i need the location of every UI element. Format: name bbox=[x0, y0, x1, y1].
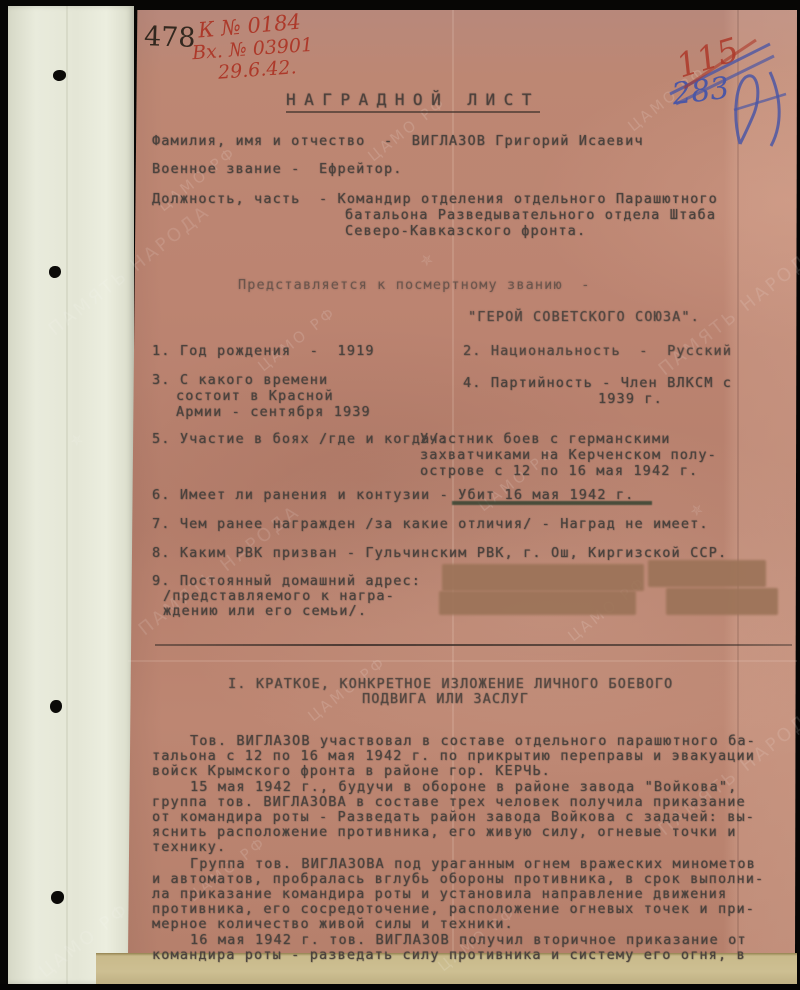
item-battles-value-line1: Участник боев с германскими bbox=[420, 431, 671, 447]
body-line: 16 мая 1942 г. тов. ВИГЛАЗОВ получил вто… bbox=[190, 932, 747, 948]
item-battles-label: 5. Участие в боях /где и когда/: bbox=[152, 431, 449, 447]
paper-crease bbox=[128, 660, 797, 662]
item-draft-office: 8. Каким РВК призван - Гульчинским РВК, … bbox=[152, 545, 727, 561]
field-position-line3: Северо-Кавказского фронта. bbox=[345, 223, 586, 239]
body-line: командира роты - разведать силу противни… bbox=[152, 947, 746, 963]
scan-border bbox=[0, 984, 800, 990]
scanned-award-document: ЦАМО РФ ПАМЯТЬ НАРОДА ЦАМО РФ ЦАМО РФ ПА… bbox=[0, 0, 800, 990]
item-battles-value-line2: захватчиками на Керченском полу- bbox=[420, 447, 717, 463]
redaction-block bbox=[666, 588, 778, 615]
item-nationality: 2. Национальность - Русский bbox=[463, 343, 732, 359]
body-line: мерное количество живой силы и техники. bbox=[152, 916, 514, 932]
binding-margin-paper bbox=[8, 6, 134, 984]
item-birth-year: 1. Год рождения - 1919 bbox=[152, 343, 375, 359]
pencil-flourish bbox=[726, 68, 796, 148]
item-party-line1: 4. Партийность - Член ВЛКСМ с bbox=[463, 375, 732, 391]
item-home-address-line3: ждению или его семьи/. bbox=[163, 603, 367, 619]
redaction-block bbox=[648, 560, 766, 587]
item-wounds-label: 6. Имеет ли ранения и контузии - bbox=[152, 487, 458, 503]
body-line: противника, его сосредоточение, располож… bbox=[152, 901, 755, 917]
presented-for-line: Представляется к посмертному званию - bbox=[238, 277, 591, 293]
field-position-line2: батальона Разведывательного отдела Штаба bbox=[345, 207, 716, 223]
item-service-since-line1: 3. С какого времени bbox=[152, 372, 328, 388]
pencil-underline bbox=[452, 501, 652, 505]
body-line: ла приказание командира роты и установил… bbox=[152, 886, 727, 902]
award-title-line: "ГЕРОЙ СОВЕТСКОГО СОЮЗА". bbox=[468, 309, 700, 325]
section-title-line1: I. КРАТКОЕ, КОНКРЕТНОЕ ИЗЛОЖЕНИЕ ЛИЧНОГО… bbox=[228, 676, 673, 692]
field-name: Фамилия, имя и отчество - ВИГЛАЗОВ Григо… bbox=[152, 133, 644, 149]
item-party-line2: 1939 г. bbox=[598, 391, 663, 407]
field-position-line1: Должность, часть - Командир отделения от… bbox=[152, 191, 718, 207]
body-line: и автоматов, пробралась вглубь обороны п… bbox=[152, 871, 764, 887]
body-line: 15 мая 1942 г., будучи в обороне в район… bbox=[190, 779, 737, 795]
item-service-since-line3: Армии - сентября 1939 bbox=[176, 404, 371, 420]
section-title-line2: ПОДВИГА ИЛИ ЗАСЛУГ bbox=[362, 691, 529, 707]
redaction-block bbox=[439, 591, 636, 615]
document-title: НАГРАДНОЙ ЛИСТ bbox=[286, 90, 540, 113]
body-line: группа тов. ВИГЛАЗОВА в составе трех чел… bbox=[152, 794, 746, 810]
item-home-address-line2: /представляемого к награ- bbox=[163, 588, 395, 604]
page-number-pencil: 478 bbox=[143, 21, 196, 54]
body-line: Группа тов. ВИГЛАЗОВА под ураганным огне… bbox=[190, 856, 756, 872]
body-line: войск Крымского фронта в районе гор. КЕР… bbox=[152, 763, 551, 779]
field-rank: Военное звание - Ефрейтор. bbox=[152, 161, 403, 177]
body-line: Тов. ВИГЛАЗОВ участвовал в составе отдел… bbox=[190, 733, 756, 749]
item-home-address-line1: 9. Постоянный домашний адрес: bbox=[152, 573, 421, 589]
body-line: технику. bbox=[152, 839, 226, 855]
item-service-since-line2: состоит в Красной bbox=[176, 388, 334, 404]
body-line: от командира роты - Разведать район заво… bbox=[152, 809, 755, 825]
item-battles-value-line3: острове с 12 по 16 мая 1942 г. bbox=[420, 463, 698, 479]
section-divider-line bbox=[155, 644, 792, 646]
item-prior-awards: 7. Чем ранее награжден /за какие отличия… bbox=[152, 516, 709, 532]
body-line: тальона с 12 по 16 мая 1942 г. по прикры… bbox=[152, 748, 755, 764]
redaction-block bbox=[442, 564, 644, 591]
body-line: яснить расположение противника, его живу… bbox=[152, 824, 737, 840]
